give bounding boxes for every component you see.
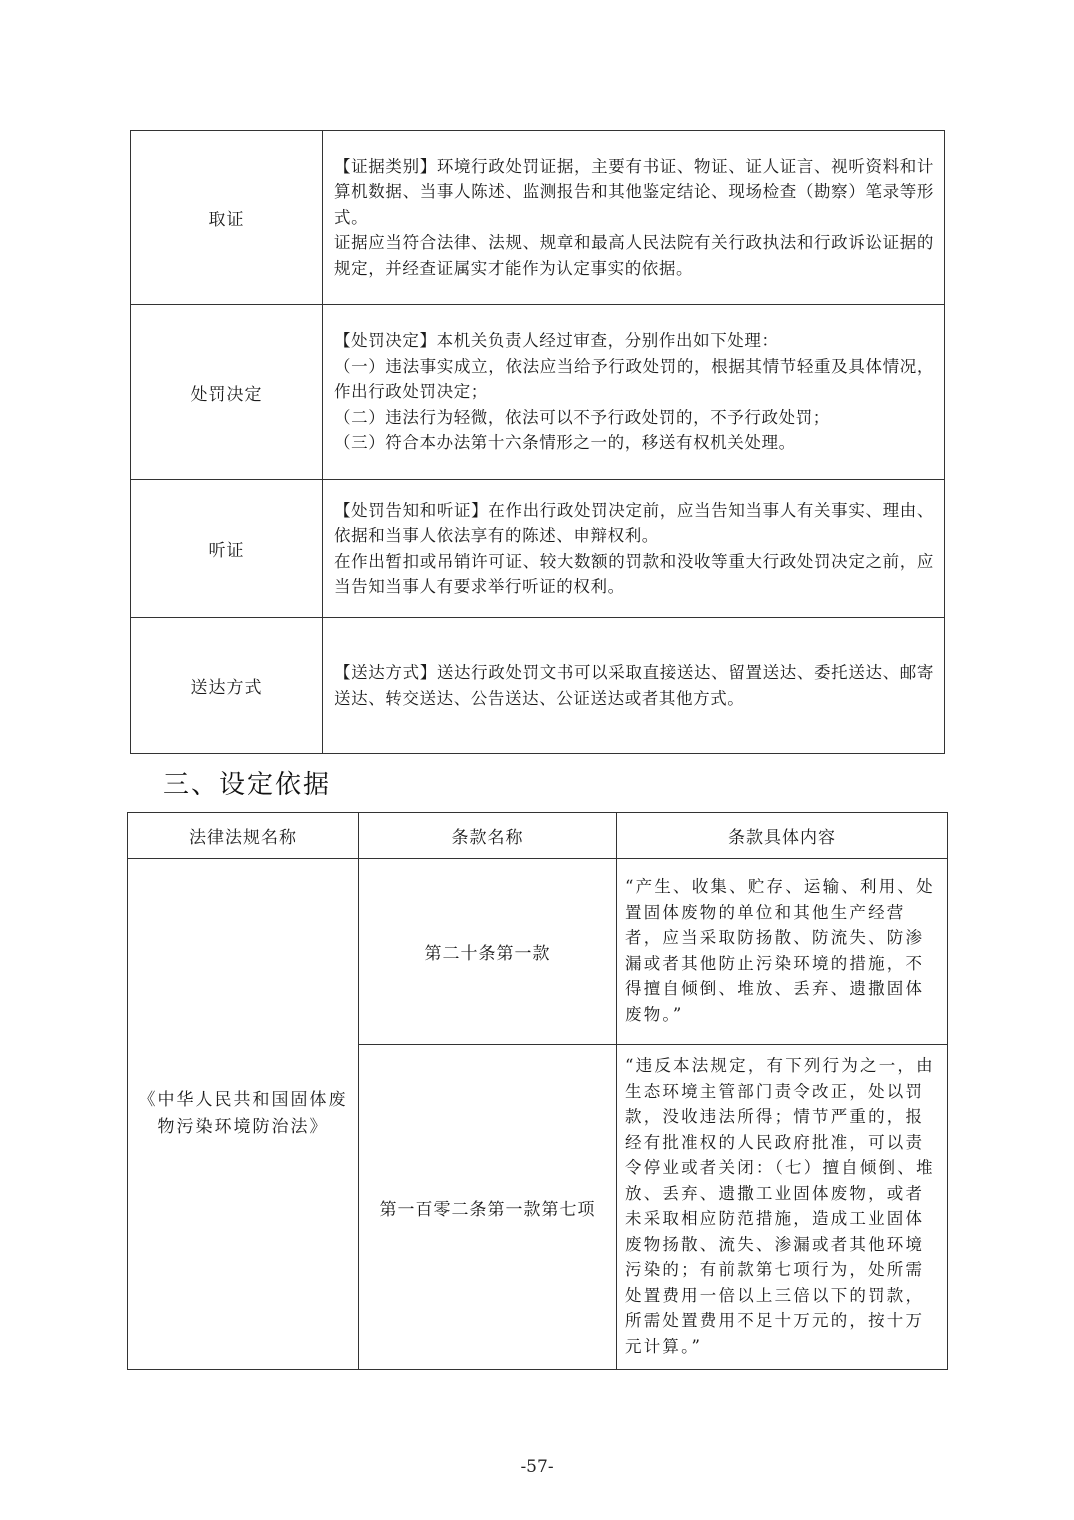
page-number: -57- — [0, 1457, 1074, 1477]
paragraph: （三）符合本办法第十六条情形之一的，移送有权机关处理。 — [334, 430, 934, 456]
row-label: 处罚决定 — [131, 305, 323, 480]
row-label: 取证 — [131, 131, 323, 305]
basis-table: 法律法规名称 条款名称 条款具体内容 《中华人民共和国固体废物污染环境防治法》 … — [127, 812, 948, 1370]
clause-name-cell: 第一百零二条第一款第七项 — [359, 1045, 617, 1370]
clause-content-cell: “产生、收集、贮存、运输、利用、处置固体废物的单位和其他生产经营者，应当采取防扬… — [617, 859, 948, 1045]
header-clause-content: 条款具体内容 — [617, 813, 948, 859]
paragraph: 【送达方式】送达行政处罚文书可以采取直接送达、留置送达、委托送达、邮寄送达、转交… — [334, 660, 934, 711]
clause-content-cell: “违反本法规定，有下列行为之一，由生态环境主管部门责令改正，处以罚款，没收违法所… — [617, 1045, 948, 1370]
table-row: 听证 【处罚告知和听证】在作出行政处罚决定前，应当告知当事人有关事实、理由、依据… — [131, 480, 945, 618]
law-name-cell: 《中华人民共和国固体废物污染环境防治法》 — [128, 859, 359, 1370]
paragraph: 【处罚告知和听证】在作出行政处罚决定前，应当告知当事人有关事实、理由、依据和当事… — [334, 498, 934, 549]
header-law-name: 法律法规名称 — [128, 813, 359, 859]
paragraph: 【证据类别】环境行政处罚证据，主要有书证、物证、证人证言、视听资料和计算机数据、… — [334, 154, 934, 231]
row-content: 【处罚告知和听证】在作出行政处罚决定前，应当告知当事人有关事实、理由、依据和当事… — [323, 480, 945, 618]
section-heading: 三、设定依据 — [163, 764, 331, 801]
paragraph: （二）违法行为轻微，依法可以不予行政处罚的，不予行政处罚； — [334, 405, 934, 431]
paragraph: （一）违法事实成立，依法应当给予行政处罚的，根据其情节轻重及具体情况，作出行政处… — [334, 354, 934, 405]
clause-name-cell: 第二十条第一款 — [359, 859, 617, 1045]
table-row: 《中华人民共和国固体废物污染环境防治法》 第二十条第一款 “产生、收集、贮存、运… — [128, 859, 948, 1045]
row-content: 【送达方式】送达行政处罚文书可以采取直接送达、留置送达、委托送达、邮寄送达、转交… — [323, 618, 945, 754]
row-label: 听证 — [131, 480, 323, 618]
paragraph: 在作出暂扣或吊销许可证、较大数额的罚款和没收等重大行政处罚决定之前，应当告知当事… — [334, 549, 934, 600]
table-row: 送达方式 【送达方式】送达行政处罚文书可以采取直接送达、留置送达、委托送达、邮寄… — [131, 618, 945, 754]
paragraph: 【处罚决定】本机关负责人经过审查，分别作出如下处理： — [334, 328, 934, 354]
row-content: 【处罚决定】本机关负责人经过审查，分别作出如下处理： （一）违法事实成立，依法应… — [323, 305, 945, 480]
paragraph: 证据应当符合法律、法规、规章和最高人民法院有关行政执法和行政诉讼证据的规定，并经… — [334, 230, 934, 281]
row-content: 【证据类别】环境行政处罚证据，主要有书证、物证、证人证言、视听资料和计算机数据、… — [323, 131, 945, 305]
table-header-row: 法律法规名称 条款名称 条款具体内容 — [128, 813, 948, 859]
table-row: 处罚决定 【处罚决定】本机关负责人经过审查，分别作出如下处理： （一）违法事实成… — [131, 305, 945, 480]
row-label: 送达方式 — [131, 618, 323, 754]
procedure-table: 取证 【证据类别】环境行政处罚证据，主要有书证、物证、证人证言、视听资料和计算机… — [130, 130, 945, 754]
table-row: 取证 【证据类别】环境行政处罚证据，主要有书证、物证、证人证言、视听资料和计算机… — [131, 131, 945, 305]
header-clause-name: 条款名称 — [359, 813, 617, 859]
